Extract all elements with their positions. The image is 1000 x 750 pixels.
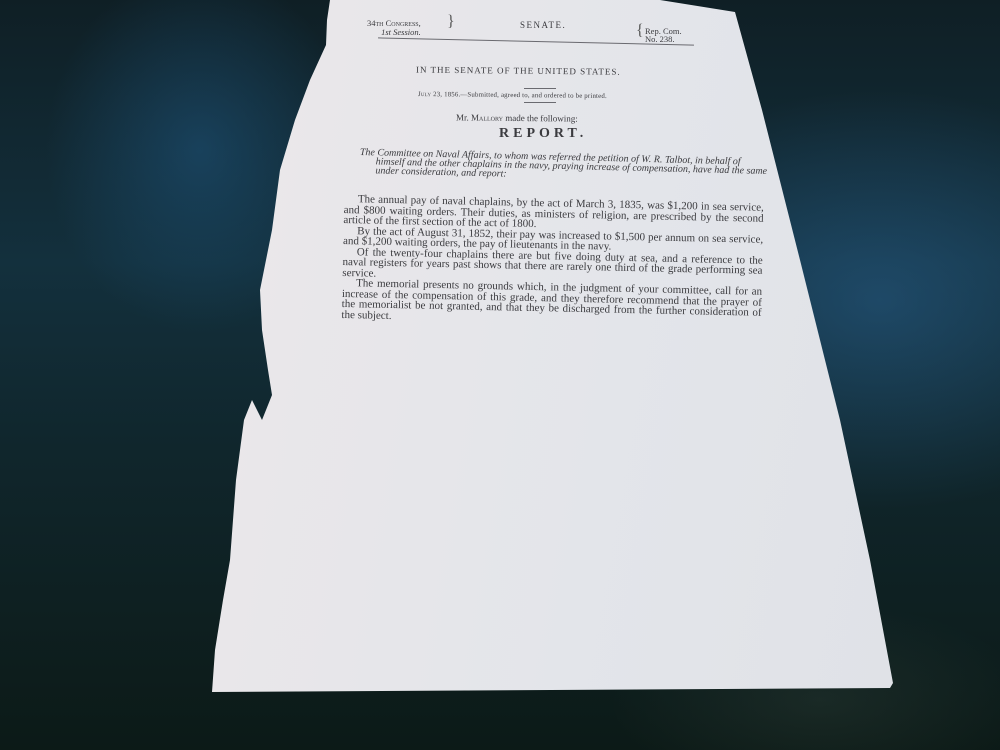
session-label: 1st Session. bbox=[367, 28, 421, 37]
presenter-name: Mallory bbox=[471, 113, 503, 123]
date-text: July 23, 1856. bbox=[418, 91, 460, 98]
presenter-prefix: Mr. bbox=[456, 112, 471, 122]
document-content: 34th Congress, 1st Session. } SENATE. { … bbox=[0, 0, 1000, 750]
committee-intro: The Committee on Naval Affairs, to whom … bbox=[359, 148, 772, 185]
senate-title: IN THE SENATE OF THE UNITED STATES. bbox=[416, 65, 686, 78]
report-number-block: Rep. Com. No. 238. bbox=[645, 27, 682, 43]
congress-session-block: 34th Congress, 1st Session. bbox=[367, 19, 421, 37]
brace-left-icon: } bbox=[447, 13, 455, 31]
report-body: The annual pay of naval chaplains, by th… bbox=[341, 194, 764, 329]
date-short-rule bbox=[524, 102, 556, 103]
chamber-label: SENATE. bbox=[520, 20, 566, 30]
presenter-line: Mr. Mallory made the following: bbox=[456, 112, 578, 123]
date-line: July 23, 1856.—Submitted, agreed to, and… bbox=[418, 91, 607, 100]
title-short-rule bbox=[524, 88, 556, 89]
paragraph: The memorial presents no grounds which, … bbox=[341, 278, 762, 329]
report-number-label: No. 238. bbox=[645, 35, 682, 43]
date-note: —Submitted, agreed to, and ordered to be… bbox=[460, 91, 607, 100]
brace-right-icon: { bbox=[636, 22, 644, 40]
presenter-suffix: made the following: bbox=[503, 113, 578, 124]
report-heading: REPORT. bbox=[499, 126, 587, 142]
